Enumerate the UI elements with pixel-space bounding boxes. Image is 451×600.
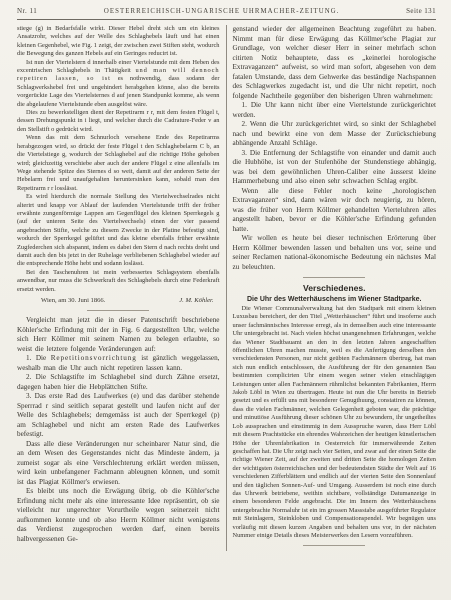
paragraph-patent-1: stiege (g) in Bedarfsfalle wirkt. Dieser… <box>17 25 220 59</box>
page-number: Seite 131 <box>406 7 436 15</box>
paragraph-patent-3: Dies zu bewerkstelligen dient der Repeti… <box>17 109 220 134</box>
paragraph-list-item-2: 2. Die Schlagstifte im Schlaghebel sind … <box>17 373 220 392</box>
dateline: Wien, am 30. Juni 1866. J. M. Köhler. <box>17 294 220 305</box>
paragraph-list-item-3: 3. Die Entfernung der Schlagstifte von e… <box>233 149 437 187</box>
paragraph-patent-2: Ist nun der Viertelstern d innerhalb ein… <box>17 59 220 109</box>
paragraph-commentary-5: Wir wollen es heute bei dieser technisch… <box>233 234 437 272</box>
paragraph-article-body: Die Wiener Communalverwaltung hat den St… <box>233 305 437 540</box>
column-right: genstand wieder der allgemeinen Beachtun… <box>227 25 437 551</box>
two-column-layout: stiege (g) in Bedarfsfalle wirkt. Dieser… <box>17 25 436 551</box>
author-signature: J. M. Köhler. <box>179 296 213 305</box>
paragraph-patent-6: Bei den Taschenuhren ist mein verbessert… <box>17 269 220 294</box>
paragraph-list-item-1: 1. Die Uhr kann nicht über eine Viertels… <box>233 101 437 120</box>
issue-number: Nr. 11 <box>17 7 37 15</box>
column-left: stiege (g) in Bedarfsfalle wirkt. Dieser… <box>17 25 227 551</box>
place-date: Wien, am 30. Juni 1866. <box>41 296 105 305</box>
paragraph-commentary-1: Vergleicht man jetzt die in dieser Paten… <box>17 316 220 354</box>
paragraph-patent-4: Wenn das mit dem Schnurloch versehene En… <box>17 134 220 193</box>
page-header: Nr. 11 OESTERREICHISCH-UNGARISCHE UHRMAC… <box>17 7 436 20</box>
journal-title: OESTERREICHISCH-UNGARISCHE UHRMACHER-ZEI… <box>104 8 340 15</box>
section-heading: Verschiedenes. <box>233 283 437 293</box>
paragraph-list-item-1: 1. Die Repetitionsvorrichtung ist gänzli… <box>17 354 220 373</box>
text-run: 1. Die <box>26 354 51 362</box>
paragraph-list-item-2: 2. Wenn die Uhr zurückgerichtet wird, so… <box>233 120 437 149</box>
paragraph-commentary-2: Dass alle diese Veränderungen nur schein… <box>17 440 220 488</box>
article-end-divider <box>303 545 365 546</box>
paragraph-commentary-4: Wenn alle diese Fehler noch keine „horol… <box>233 187 437 235</box>
paragraph-list-item-3: 3. Das erste Rad des Laufwerkes (e) und … <box>17 392 220 440</box>
emphasized-spaced-text: Repetitionsvorrichtung <box>51 354 137 362</box>
section-divider <box>303 277 365 278</box>
section-divider <box>87 310 149 311</box>
paragraph-patent-5: Es wird hierdurch die normale Stellung d… <box>17 193 220 269</box>
paragraph-commentary-3: Es bleibt uns noch die Erwägung übrig, o… <box>17 487 220 544</box>
article-title: Die Uhr des Wetterhäuschens im Wiener St… <box>233 296 437 303</box>
paragraph-commentary-continued: genstand wieder der allgemeinen Beachtun… <box>233 25 437 101</box>
